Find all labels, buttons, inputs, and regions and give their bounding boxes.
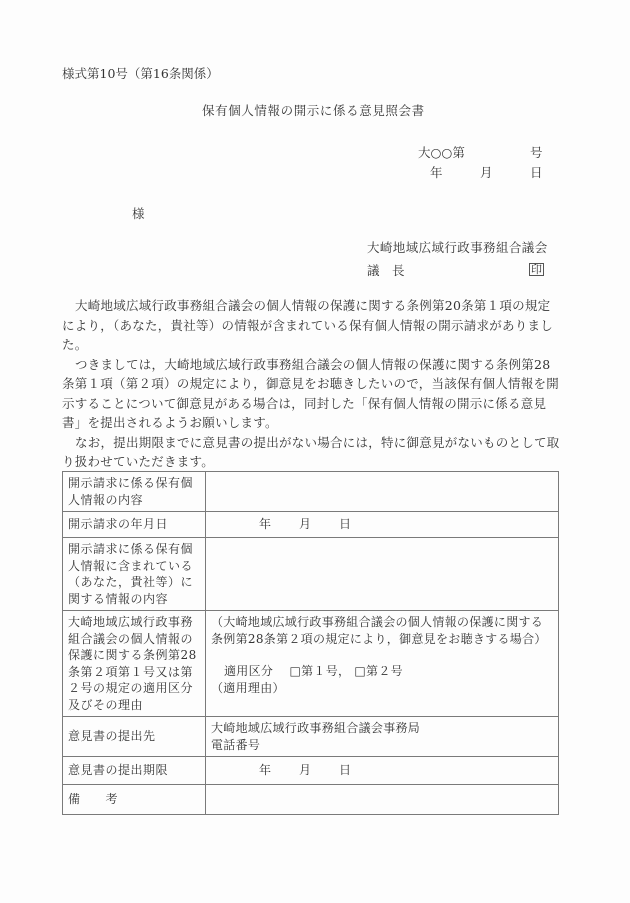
row-label: 備 考	[63, 785, 206, 815]
seal-icon: 印	[529, 263, 544, 276]
table-row: 意見書の提出先 大崎地域広域行政事務組合議会事務局 電話番号	[63, 717, 559, 757]
row-label: 大崎地域広域行政事務組合議会の個人情報の保護に関する条例第28条第２項第１号又は…	[63, 611, 206, 717]
table-row: 意見書の提出期限 年月日	[63, 757, 559, 785]
date-day: 日	[530, 163, 543, 181]
date-month: 月	[299, 762, 339, 779]
table-row: 開示請求の年月日 年月日	[63, 512, 559, 538]
document-title: 保有個人情報の開示に係る意見照会書	[202, 101, 425, 119]
row-label: 開示請求に係る保有個人情報の内容	[63, 472, 206, 512]
submission-destination: 大崎地域広域行政事務組合議会事務局 電話番号	[206, 717, 559, 757]
sender-organization: 大崎地域広域行政事務組合議会	[367, 238, 548, 256]
date-month: 月	[480, 163, 493, 181]
remarks-field[interactable]	[206, 785, 559, 815]
date-year: 年	[259, 516, 299, 533]
body-paragraph: なお，提出期限までに意見書の提出がない場合には，特に御意見がないものとして取り扱…	[62, 433, 562, 472]
row-value-field[interactable]	[206, 538, 559, 611]
category-note: （大崎地域広域行政事務組合議会の個人情報の保護に関する条例第28条第２項の規定に…	[211, 614, 553, 647]
option-2-checkbox[interactable]: □第２号	[354, 664, 403, 678]
applicable-category-field[interactable]: （大崎地域広域行政事務組合議会の個人情報の保護に関する条例第28条第２項の規定に…	[206, 611, 559, 717]
reference-prefix: 大○○第	[418, 143, 465, 161]
date-year: 年	[259, 762, 299, 779]
form-number: 様式第10号（第16条関係）	[62, 64, 219, 82]
row-value-field[interactable]	[206, 472, 559, 512]
reference-suffix: 号	[530, 143, 543, 161]
request-date-field[interactable]: 年月日	[206, 512, 559, 538]
category-options: 適用区分 □第１号， □第２号	[211, 663, 553, 680]
category-label: 適用区分	[211, 663, 273, 680]
destination-phone: 電話番号	[211, 737, 553, 754]
body-text: 大崎地域広域行政事務組合議会の個人情報の保護に関する条例第20条第１項の規定によ…	[62, 296, 562, 472]
row-label: 意見書の提出期限	[63, 757, 206, 785]
option-1-checkbox[interactable]: □第１号，	[289, 664, 350, 678]
sender-title: 議 長	[367, 261, 405, 279]
date-day: 日	[339, 516, 379, 533]
table-row: 備 考	[63, 785, 559, 815]
inquiry-table: 開示請求に係る保有個人情報の内容 開示請求の年月日 年月日 開示請求に係る保有個…	[62, 471, 559, 815]
table-row: 大崎地域広域行政事務組合議会の個人情報の保護に関する条例第28条第２項第１号又は…	[63, 611, 559, 717]
row-label: 開示請求に係る保有個人情報に含まれている（あなた，貴社等）に関する情報の内容	[63, 538, 206, 611]
row-label: 開示請求の年月日	[63, 512, 206, 538]
table-row: 開示請求に係る保有個人情報に含まれている（あなた，貴社等）に関する情報の内容	[63, 538, 559, 611]
date-month: 月	[299, 516, 339, 533]
table-row: 開示請求に係る保有個人情報の内容	[63, 472, 559, 512]
deadline-date-field[interactable]: 年月日	[206, 757, 559, 785]
reason-label: （適用理由）	[211, 680, 553, 697]
date-group: 年月日	[211, 762, 379, 779]
body-paragraph: 大崎地域広域行政事務組合議会の個人情報の保護に関する条例第20条第１項の規定によ…	[62, 296, 562, 355]
body-paragraph: つきましては，大崎地域広域行政事務組合議会の個人情報の保護に関する条例第28条第…	[62, 355, 562, 433]
date-group: 年月日	[211, 516, 379, 533]
date-year: 年	[430, 163, 443, 181]
addressee: 様	[132, 204, 145, 222]
date-day: 日	[339, 762, 379, 779]
destination-office: 大崎地域広域行政事務組合議会事務局	[211, 720, 553, 737]
row-label: 意見書の提出先	[63, 717, 206, 757]
